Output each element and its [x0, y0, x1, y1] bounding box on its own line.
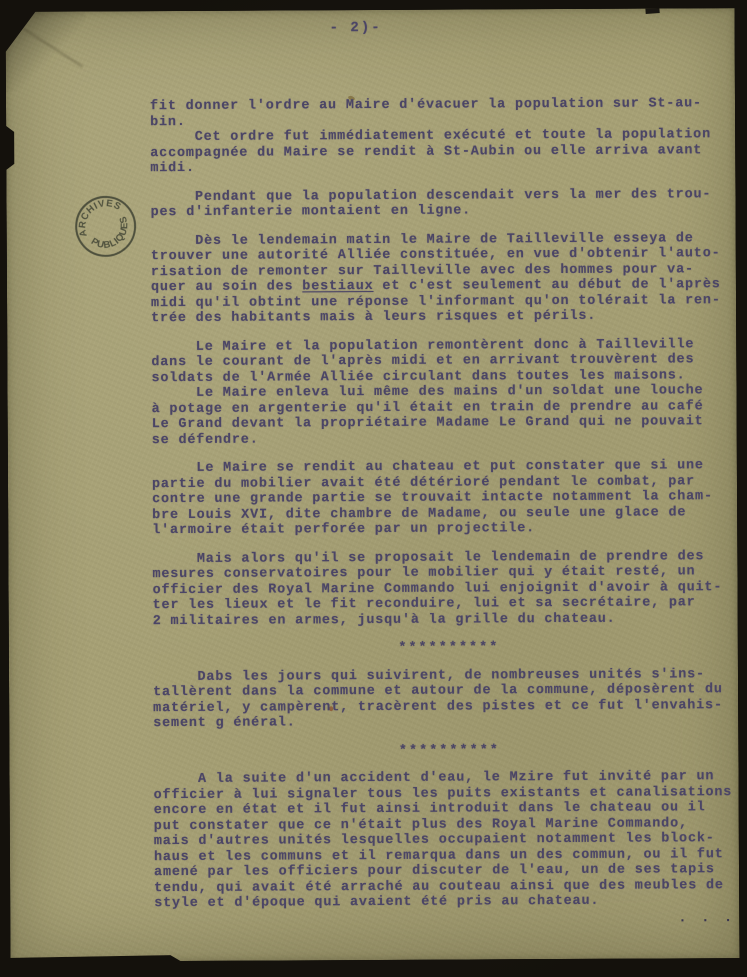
corner-fold-shadow — [6, 11, 86, 91]
scanned-document-background: { "document": { "page_number_header": "-… — [0, 0, 747, 977]
text-line: se défendre. — [152, 430, 744, 449]
text-line: tendu, qui avait été arraché au couteau … — [154, 878, 746, 897]
text-line: fit donner l'ordre au Maire d'évacuer la… — [150, 96, 742, 115]
text-line: Pendant que la population descendait ver… — [150, 187, 742, 206]
paragraph: Le Maire se rendit au chateau et put con… — [152, 458, 744, 539]
text-line: ter les lieux et le fit reconduire, lui … — [153, 595, 745, 614]
paragraph: fit donner l'ordre au Maire d'évacuer la… — [150, 96, 742, 177]
page-number: - 2)- — [330, 20, 382, 36]
text-line: Le Grand devant la propriétaire Madame L… — [152, 414, 744, 433]
text-line: midi. — [150, 158, 742, 177]
paragraph: Mais alors qu'il se proposait le lendema… — [152, 549, 744, 630]
text-line: midi qu'il obtint une réponse l'informan… — [151, 293, 743, 312]
text-line: pes d'infanterie montaient en ligne. — [151, 202, 743, 221]
section-separator: ********** — [153, 639, 745, 658]
paragraph: Dès le lendemain matin le Maire de Taill… — [151, 231, 743, 327]
corner-crease — [23, 28, 83, 67]
paper-edge-nick — [645, 7, 659, 14]
document-text: fit donner l'ordre au Maire d'évacuer la… — [150, 96, 746, 925]
underlined-word: bestiaux — [302, 279, 373, 294]
archives-publiques-stamp-icon: ARCHIVES PUBLIQUES — [61, 181, 151, 271]
text-line: sement g énéral. — [153, 713, 745, 732]
continuation-mark: . . . — [678, 910, 735, 926]
paragraph: Dabs les jours qui suivirent, de nombreu… — [153, 667, 745, 732]
text-line: l'armoire était perforée par un projecti… — [152, 520, 744, 539]
document-page: - 2)- ARCHIVES PUBLIQUES fit donner l'or… — [6, 8, 740, 962]
paragraph: A la suite d'un accident d'eau, le Mzire… — [154, 769, 747, 912]
text-line: 2 militaires en armes, jusqu'à la grille… — [153, 611, 745, 630]
text-line: trée des habitants mais à leurs risques … — [151, 308, 743, 327]
paragraph: Pendant que la population descendait ver… — [150, 187, 742, 221]
section-separator: ********** — [153, 742, 745, 761]
text-line: style et d'époque qui avaient été pris a… — [154, 893, 746, 912]
text-line: accompagnée du Maire se rendit à St-Aubi… — [150, 143, 742, 162]
text-line: matériel, y campèrent, tracèrent des pis… — [153, 698, 745, 717]
text-line: bre Louis XVI, dite chambre de Madame, o… — [152, 505, 744, 524]
paragraph: Le Maire et la population remontèrent do… — [151, 337, 744, 449]
